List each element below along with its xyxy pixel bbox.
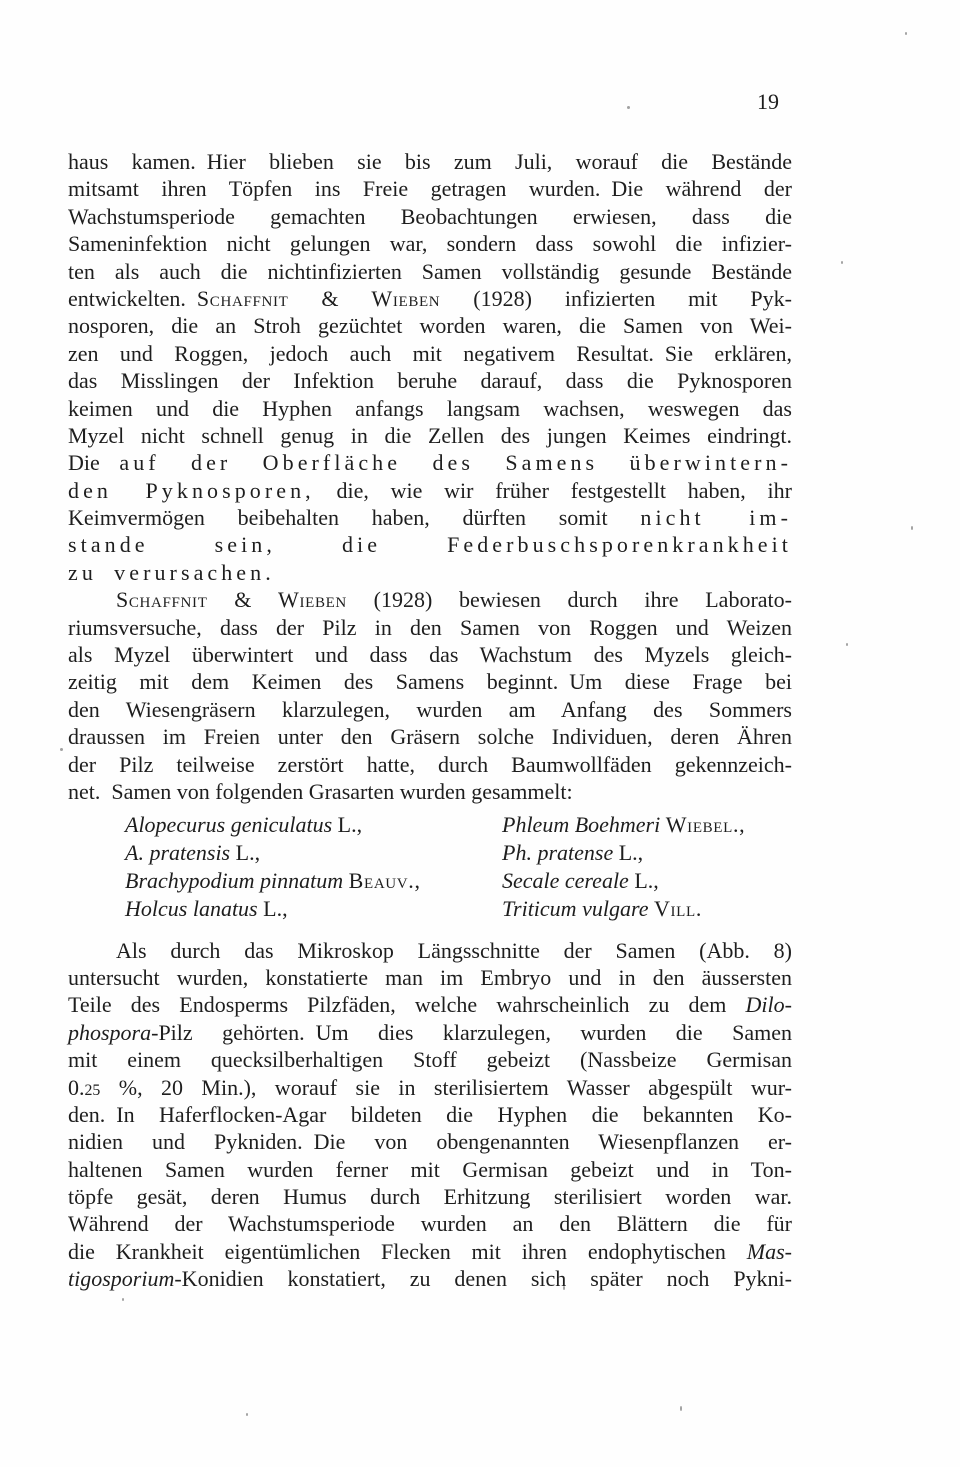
document-page: 19 haus kamen. Hier blieben sie bis zum … [0,0,960,1467]
text-line: mitsamt ihren Töpfen ins Freie getragen … [68,175,792,202]
small-number: 25 [85,1082,101,1099]
italic-text: phospora [68,1020,151,1045]
italic-text: Phleum Boehmeri [502,812,660,837]
text-segment: net. Samen von folgenden Grasarten wurde… [68,779,573,804]
smallcaps-name: Schaffnit [197,286,289,311]
text-line: Wachstumsperiode gemachten Beobachtungen… [68,203,792,230]
text-segment: draussen im Freien unter den Gräsern sol… [68,724,792,749]
species-item: A. pratensis L., [125,839,260,867]
text-line: den Wiesengräsern klarzulegen, wurden am… [68,696,792,723]
text-line: entwickelten. Schaffnit & Wieben (1928) … [68,285,792,312]
text-segment: haltenen Samen wurden ferner mit Germisa… [68,1157,792,1182]
text-segment: Keimvermögen beibehalten haben, dürften … [68,505,640,530]
text-segment: haus kamen. Hier blieben sie bis zum Jul… [68,149,792,174]
text-segment: töpfe gesät, deren Humus durch Erhitzung… [68,1184,792,1209]
text-segment: als Myzel überwintert und dass das Wachs… [68,642,792,667]
scan-speckle [905,32,907,35]
text-segment: das Misslingen der Infektion beruhe dara… [68,368,792,393]
text-segment: die, wie wir früher festgestellt haben, … [315,478,792,503]
text-segment: L., [230,840,260,865]
spaced-emphasis: nicht im- [640,505,792,530]
text-line: töpfe gesät, deren Humus durch Erhitzung… [68,1183,792,1210]
text-segment: die Krankheit eigentümlichen Flecken mit… [68,1239,747,1264]
text-line: net. Samen von folgenden Grasarten wurde… [68,778,792,805]
scan-speckle [563,1286,565,1290]
text-line: draussen im Freien unter den Gräsern sol… [68,723,792,750]
species-row: A. pratensis L.,Ph. pratense L., [68,839,792,867]
text-line: nidien und Pykniden. Die von obengenannt… [68,1128,792,1155]
text-segment: Sameninfektion nicht gelungen war, sonde… [68,231,792,256]
italic-text: Holcus lanatus [125,896,258,921]
text-line: Während der Wachstumsperiode wurden an d… [68,1210,792,1237]
italic-text: Dilo- [746,992,792,1017]
text-block: haus kamen. Hier blieben sie bis zum Jul… [68,148,792,1293]
text-line: als Myzel überwintert und dass das Wachs… [68,641,792,668]
text-line: Myzel nicht schnell genug in die Zellen … [68,422,792,449]
species-list: Alopecurus geniculatus L.,Phleum Boehmer… [68,811,792,922]
smallcaps-name: Vill. [654,896,702,921]
species-item: Ph. pratense L., [502,839,643,867]
scan-speckle [122,1298,124,1301]
text-segment: zen und Roggen, jedoch auch mit negative… [68,341,792,366]
paragraph-main: haus kamen. Hier blieben sie bis zum Jul… [68,148,792,805]
text-segment: keimen und die Hyphen anfangs langsam wa… [68,396,792,421]
scan-speckle [680,1406,682,1411]
species-row: Holcus lanatus L.,Triticum vulgare Vill. [68,895,792,923]
text-segment: Myzel nicht schnell genug in die Zellen … [68,423,792,448]
text-segment: Teile des Endosperms Pilzfäden, welche w… [68,992,746,1017]
text-segment: & [208,587,279,612]
text-segment: den Wiesengräsern klarzulegen, wurden am… [68,697,792,722]
text-segment: nidien und Pykniden. Die von obengenannt… [68,1129,792,1154]
text-line: zen und Roggen, jedoch auch mit negative… [68,340,792,367]
text-line: haus kamen. Hier blieben sie bis zum Jul… [68,148,792,175]
text-segment: ten als auch die nichtinfizierten Samen … [68,259,792,284]
scan-speckle [246,1413,248,1416]
text-segment: %, 20 Min.), worauf sie in sterilisierte… [100,1075,792,1100]
species-item: Secale cereale L., [502,867,659,895]
text-segment: L., [613,840,643,865]
text-line: Sameninfektion nicht gelungen war, sonde… [68,230,792,257]
smallcaps-name: Wieben [371,286,440,311]
text-segment: -Pilz gehörten. Um dies klarzulegen, wur… [151,1020,792,1045]
text-segment: 0. [68,1075,85,1100]
text-line: Die auf der Oberfläche des Samens überwi… [68,449,792,476]
text-line: Teile des Endosperms Pilzfäden, welche w… [68,991,792,1018]
text-line: ten als auch die nichtinfizierten Samen … [68,258,792,285]
species-item: Phleum Boehmeri Wiebel., [502,811,745,839]
italic-text: tigosporium [68,1266,174,1291]
spaced-emphasis: den Pyknosporen, [68,478,315,503]
text-segment: (1928) bewiesen durch ihre Laborato- [347,587,792,612]
text-segment: Während der Wachstumsperiode wurden an d… [68,1211,792,1236]
scan-speckle [911,526,913,530]
scan-speckle [627,106,630,109]
paragraph-methods: Als durch das Mikroskop Längsschnitte de… [68,937,792,1293]
species-row: Alopecurus geniculatus L.,Phleum Boehmer… [68,811,792,839]
text-line: die Krankheit eigentümlichen Flecken mit… [68,1238,792,1265]
italic-text: Secale cereale [502,868,629,893]
smallcaps-name: Beauv., [349,868,421,893]
species-item: Alopecurus geniculatus L., [125,811,362,839]
text-segment: der Pilz teilweise zerstört hatte, durch… [68,752,792,777]
text-line: mit einem quecksilberhaltigen Stoff gebe… [68,1046,792,1073]
text-segment: Als durch das Mikroskop Längsschnitte de… [116,938,792,963]
text-line: den Pyknosporen, die, wie wir früher fes… [68,477,792,504]
text-line: stande sein, die Federbuschsporenkrankhe… [68,531,792,558]
text-segment: (1928) infizierten mit Pyk- [440,286,792,311]
text-line: den. In Haferflocken-Agar bildeten die H… [68,1101,792,1128]
text-line: Als durch das Mikroskop Längsschnitte de… [68,937,792,964]
text-line: der Pilz teilweise zerstört hatte, durch… [68,751,792,778]
scan-speckle [841,261,843,264]
italic-text: Brachypodium pinnatum [125,868,343,893]
text-line: das Misslingen der Infektion beruhe dara… [68,367,792,394]
text-segment: L., [258,896,288,921]
scan-speckle [60,748,63,751]
species-item: Brachypodium pinnatum Beauv., [125,867,421,895]
text-segment: mit einem quecksilberhaltigen Stoff gebe… [68,1047,792,1072]
scan-speckle [846,643,848,646]
text-line: untersucht wurden, konstatierte man im E… [68,964,792,991]
italic-text: Alopecurus geniculatus [125,812,332,837]
smallcaps-name: Wiebel., [666,812,746,837]
spaced-emphasis: stande sein, die Federbuschsporenkrankhe… [68,532,792,557]
text-line: riumsversuche, dass der Pilz in den Same… [68,614,792,641]
page-number: 19 [757,90,779,114]
italic-text: Ph. pratense [502,840,613,865]
text-line: haltenen Samen wurden ferner mit Germisa… [68,1156,792,1183]
italic-text: Mas- [747,1239,792,1264]
text-line: phospora-Pilz gehörten. Um dies klarzule… [68,1019,792,1046]
text-segment: untersucht wurden, konstatierte man im E… [68,965,792,990]
text-line: zeitig mit dem Keimen des Samens beginnt… [68,668,792,695]
text-line: tigosporium-Konidien konstatiert, zu den… [68,1265,792,1292]
text-segment: zeitig mit dem Keimen des Samens beginnt… [68,669,792,694]
text-line: zu verursachen. [68,559,792,586]
text-segment: L., [332,812,362,837]
text-segment: den. In Haferflocken-Agar bildeten die H… [68,1102,792,1127]
italic-text: A. pratensis [125,840,230,865]
text-line: Schaffnit & Wieben (1928) bewiesen durch… [68,586,792,613]
text-segment: Die [68,450,119,475]
text-segment: Wachstumsperiode gemachten Beobachtungen… [68,204,792,229]
text-segment: L., [629,868,659,893]
species-item: Holcus lanatus L., [125,895,288,923]
text-segment: nosporen, die an Stroh gezüchtet worden … [68,313,792,338]
spaced-emphasis: zu verursachen. [68,560,275,585]
text-segment: mitsamt ihren Töpfen ins Freie getragen … [68,176,792,201]
text-line: nosporen, die an Stroh gezüchtet worden … [68,312,792,339]
species-row: Brachypodium pinnatum Beauv.,Secale cere… [68,867,792,895]
text-line: keimen und die Hyphen anfangs langsam wa… [68,395,792,422]
spaced-emphasis: auf der Oberfläche des Samens überwinter… [119,450,792,475]
text-segment: -Konidien konstatiert, zu denen sich spä… [174,1266,792,1291]
smallcaps-name: Wieben [278,587,347,612]
text-segment: & [288,286,371,311]
text-line: 0.25 %, 20 Min.), worauf sie in sterilis… [68,1074,792,1101]
smallcaps-name: Schaffnit [116,587,208,612]
italic-text: Triticum vulgare [502,896,648,921]
text-segment: riumsversuche, dass der Pilz in den Same… [68,615,792,640]
text-line: Keimvermögen beibehalten haben, dürften … [68,504,792,531]
text-segment: entwickelten. [68,286,197,311]
species-item: Triticum vulgare Vill. [502,895,702,923]
